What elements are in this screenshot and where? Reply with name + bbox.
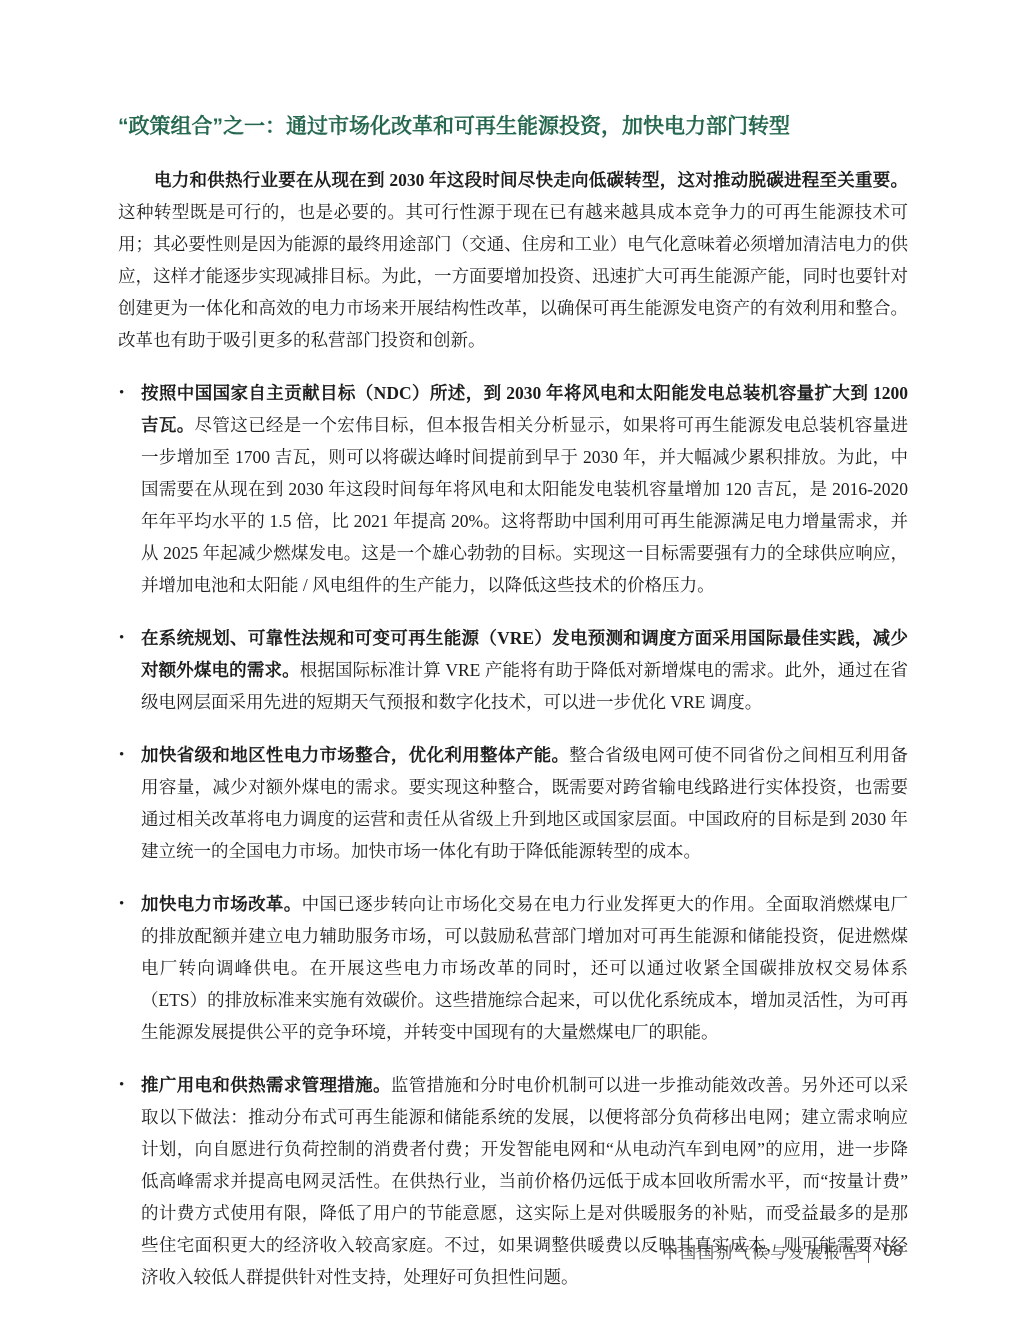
bullet-marker-icon: • <box>119 739 124 771</box>
bullet-marker-icon: • <box>119 377 124 409</box>
bullet-lead-bold: 加快省级和地区性电力市场整合，优化利用整体产能。 <box>141 745 569 765</box>
bullet-text: 加快省级和地区性电力市场整合，优化利用整体产能。整合省级电网可使不同省份之间相互… <box>141 739 908 867</box>
bullet-body: 中国已逐步转向让市场化交易在电力行业发挥更大的作用。全面取消燃煤电厂的排放配额并… <box>141 894 908 1042</box>
bullet-marker-icon: • <box>119 622 124 654</box>
page-footer: 中国国别气候与发展报告 08 <box>662 1239 903 1263</box>
intro-paragraph: 电力和供热行业要在从现在到 2030 年这段时间尽快走向低碳转型，这对推动脱碳进… <box>118 164 908 356</box>
bullet-item-market-reform: • 加快电力市场改革。中国已逐步转向让市场化交易在电力行业发挥更大的作用。全面取… <box>118 888 908 1048</box>
bullet-text: 按照中国国家自主贡献目标（NDC）所述，到 2030 年将风电和太阳能发电总装机… <box>141 377 908 601</box>
bullet-marker-icon: • <box>119 888 124 920</box>
bullet-body: 尽管这已经是一个宏伟目标，但本报告相关分析显示，如果将可再生能源发电总装机容量进… <box>141 415 908 595</box>
bullet-item-vre-best-practice: • 在系统规划、可靠性法规和可变可再生能源（VRE）发电预测和调度方面采用国际最… <box>118 622 908 718</box>
bullet-item-ndc-target: • 按照中国国家自主贡献目标（NDC）所述，到 2030 年将风电和太阳能发电总… <box>118 377 908 601</box>
intro-lead-bold: 电力和供热行业要在从现在到 2030 年这段时间尽快走向低碳转型，这对推动脱碳进… <box>154 170 908 190</box>
footer-report-title: 中国国别气候与发展报告 <box>662 1240 860 1263</box>
bullet-text: 加快电力市场改革。中国已逐步转向让市场化交易在电力行业发挥更大的作用。全面取消燃… <box>141 888 908 1048</box>
bullet-marker-icon: • <box>119 1069 124 1101</box>
section-title: “政策组合”之一：通过市场化改革和可再生能源投资，加快电力部门转型 <box>118 112 908 142</box>
bullet-list: • 按照中国国家自主贡献目标（NDC）所述，到 2030 年将风电和太阳能发电总… <box>118 377 908 1293</box>
page-content: “政策组合”之一：通过市场化改革和可再生能源投资，加快电力部门转型 电力和供热行… <box>118 112 908 1293</box>
bullet-lead-bold: 加快电力市场改革。 <box>141 894 302 914</box>
bullet-lead-bold: 推广用电和供热需求管理措施。 <box>141 1075 391 1095</box>
document-page: { "document": { "title": "“政策组合”之一：通过市场化… <box>0 0 1020 1323</box>
bullet-text: 在系统规划、可靠性法规和可变可再生能源（VRE）发电预测和调度方面采用国际最佳实… <box>141 622 908 718</box>
footer-divider <box>868 1239 869 1263</box>
footer-page-number: 08 <box>883 1241 903 1261</box>
bullet-item-market-integration: • 加快省级和地区性电力市场整合，优化利用整体产能。整合省级电网可使不同省份之间… <box>118 739 908 867</box>
intro-body: 这种转型既是可行的，也是必要的。其可行性源于现在已有越来越具成本竞争力的可再生能… <box>118 202 908 350</box>
